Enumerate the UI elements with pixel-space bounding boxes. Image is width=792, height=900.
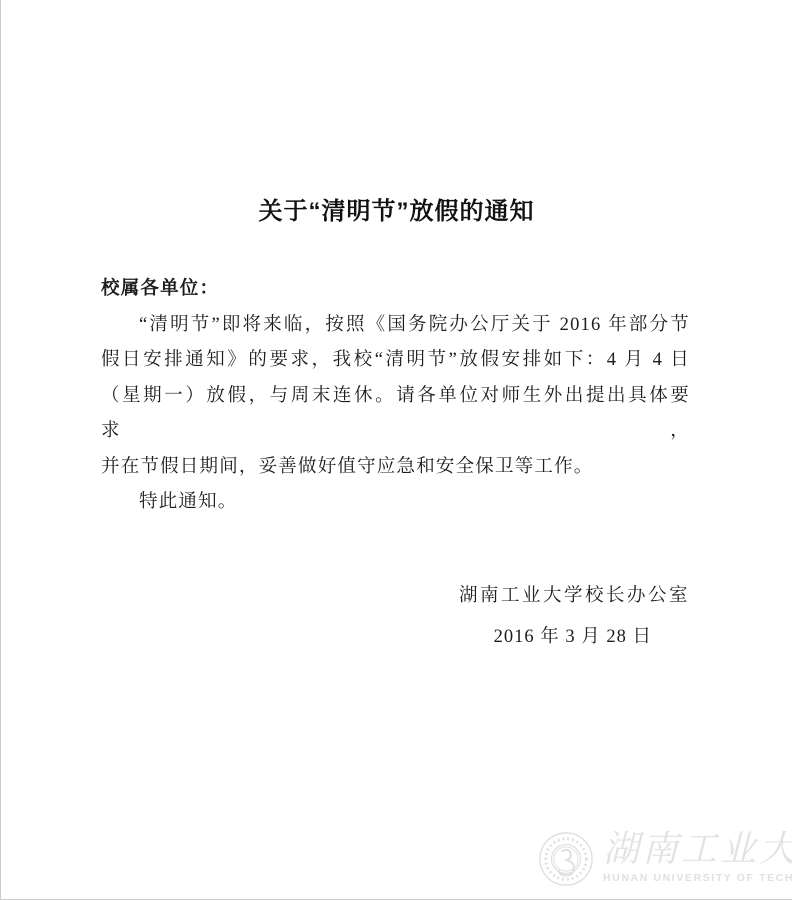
watermark-text: 湖南工业大学 HUNAN UNIVERSITY OF TECHNOLOGY xyxy=(603,831,792,888)
university-name-cn: 湖南工业大学 xyxy=(603,831,792,869)
body-line: 特此通知。 xyxy=(101,485,690,521)
body-line: （星期一）放假，与周末连休。请各单位对师生外出提出具体要求， xyxy=(101,379,690,450)
signature-block: 湖南工业大学校长办公室 2016 年 3 月 28 日 xyxy=(1,579,792,656)
university-watermark: 湖南工业大学 HUNAN UNIVERSITY OF TECHNOLOGY xyxy=(537,830,792,888)
university-name-en: HUNAN UNIVERSITY OF TECHNOLOGY xyxy=(603,872,792,884)
body-line: 假日安排通知》的要求，我校“清明节”放假安排如下：4 月 4 日 xyxy=(101,343,690,379)
signature-line: 湖南工业大学校长办公室 xyxy=(1,579,792,615)
document-page: 关于“清明节”放假的通知 校属各单位： “清明节”即将来临，按照《国务院办公厅关… xyxy=(0,0,792,900)
notice-title: 关于“清明节”放假的通知 xyxy=(1,196,792,228)
date-line: 2016 年 3 月 28 日 xyxy=(1,620,792,656)
university-seal-icon xyxy=(537,830,595,888)
body-line: “清明节”即将来临，按照《国务院办公厅关于 2016 年部分节 xyxy=(101,308,690,344)
salutation-line: 校属各单位： xyxy=(101,272,690,308)
notice-body: 校属各单位： “清明节”即将来临，按照《国务院办公厅关于 2016 年部分节 假… xyxy=(1,272,792,521)
body-line: 并在节假日期间，妥善做好值守应急和安全保卫等工作。 xyxy=(101,450,690,486)
